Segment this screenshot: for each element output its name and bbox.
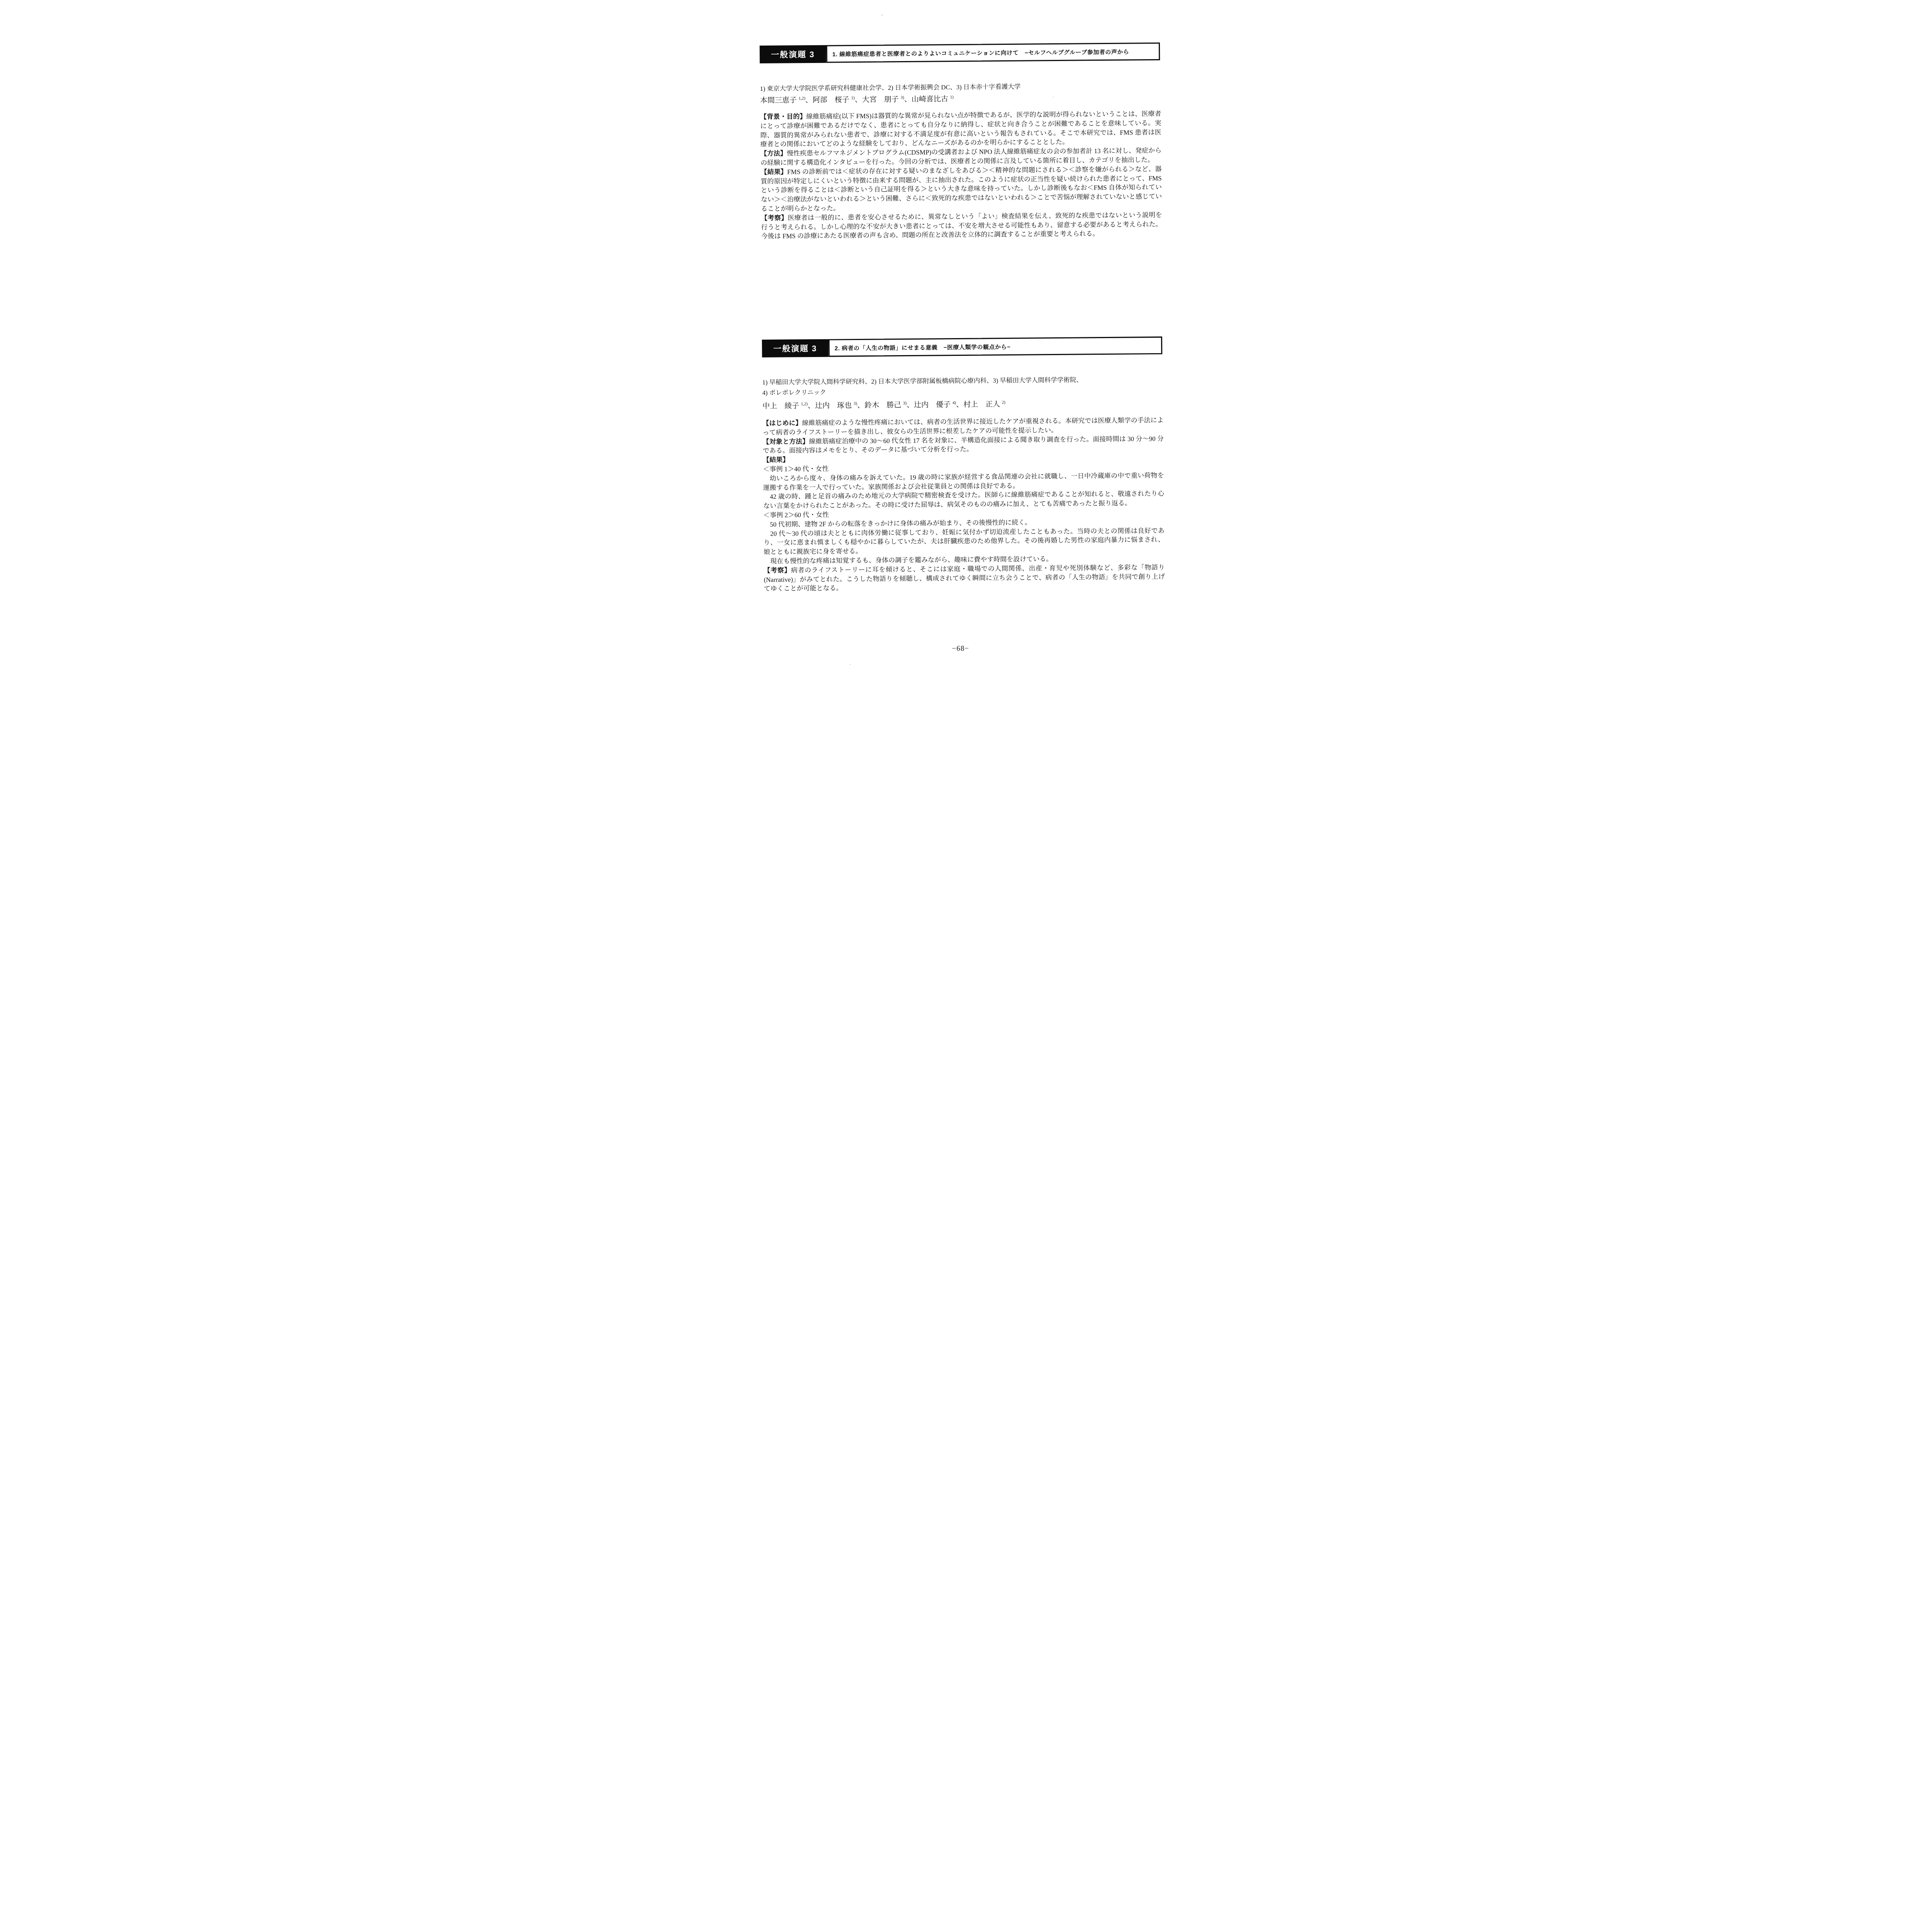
author-superscript: 3)	[853, 401, 857, 406]
author-superscript: 1,2)	[801, 402, 808, 406]
author-superscript: 2)	[1002, 400, 1005, 405]
paragraph-results: 【結果】FMS の診断前では＜症状の存在に対する疑いのまなざしをあびる＞＜精神的…	[760, 165, 1162, 214]
scan-speck	[849, 664, 850, 665]
paragraph-text: 線維筋痛症のような慢性疼痛においては、病者の生活世界に接近したケアが重視される。…	[762, 417, 1163, 436]
section-label: 【考察】	[761, 214, 787, 222]
author-name: 本間三恵子	[760, 96, 799, 105]
paragraph-text: 線維筋痛症治療中の 30〜60 代女性 17 名を対象に、半構造化面接による聞き…	[763, 435, 1164, 454]
paragraph-method: 【方法】慢性疾患セルフマネジメントプログラム(CDSMP)の受講者および NPO…	[760, 146, 1161, 168]
section-label: 【対象と方法】	[762, 438, 809, 446]
author-superscript: 1)	[851, 96, 855, 100]
author-name: 、山崎喜比古	[904, 95, 950, 104]
paragraph-text: ＜事例 2＞60 代・女性	[763, 511, 829, 519]
abstract-1-affiliations: 1) 東京大学大学院医学系研究科健康社会学、2) 日本学術振興会 DC、3) 日…	[760, 80, 1160, 94]
case-1-paragraph-1: 幼いころから度々、身体の痛みを訴えていた。19 歳の時に家族が経営する食品関連の…	[763, 471, 1164, 493]
author-name: 、辻内 優子	[906, 401, 952, 409]
paragraph-text: 50 代初期、建物 2F からの転落をきっかけに身体の痛みが始まり、その後慢性的…	[763, 519, 1031, 528]
scan-speck	[1053, 97, 1054, 97]
paragraph-subjects-methods: 【対象と方法】線維筋痛症治療中の 30〜60 代女性 17 名を対象に、半構造化…	[762, 434, 1163, 456]
session-label-1: 一般演題 3	[760, 45, 826, 63]
section-label: 【背景・目的】	[760, 113, 806, 121]
paragraph-text: 線維筋痛症(以下 FMS)は器質的な異常が見られない点が特徴であるが、医学的な説…	[760, 110, 1161, 148]
paragraph-text: 医療者は一般的に、患者を安心させるために、異常なしという「よい」検査結果を伝え、…	[761, 211, 1162, 240]
case-2-paragraph-2: 20 代〜30 代の頃は夫とともに肉体労働に従事しており、妊娠に気付かず切迫流産…	[763, 526, 1165, 557]
section-label: 【方法】	[760, 150, 787, 158]
paragraph-discussion: 【考察】病者のライフストーリーに耳を傾けると、そこには家庭・職場での人間関係、出…	[763, 563, 1165, 594]
author-name: 、鈴木 勝己	[857, 401, 903, 410]
page-content: 一般演題 3 1. 線維筋痛症患者と医療者とのよりよいコミュニケーションに向けて…	[719, 0, 1198, 678]
abstract-2-authors: 中上 綾子 1,2)、辻内 琢也 3)、鈴木 勝己 3)、辻内 優子 4)、村上…	[762, 398, 1163, 412]
abstract-2-title: 2. 病者の「人生の物語」にせまる意義 −医療人類学の観点から−	[828, 337, 1162, 357]
scanned-abstract-page: 一般演題 3 1. 線維筋痛症患者と医療者とのよりよいコミュニケーションに向けて…	[719, 0, 1198, 678]
section-label: 【はじめに】	[762, 419, 802, 427]
author-name: 、大宮 朋子	[855, 95, 901, 104]
paragraph-text: 病者のライフストーリーに耳を傾けると、そこには家庭・職場での人間関係、出産・育児…	[763, 564, 1165, 593]
author-superscript: 4)	[952, 401, 956, 405]
abstract-2-body: 【はじめに】線維筋痛症のような慢性疼痛においては、病者の生活世界に接近したケアが…	[762, 416, 1165, 594]
paragraph-text: 42 歳の時、踵と足首の痛みのため地元の大学病院で精密検査を受けた。医師らに線維…	[763, 490, 1164, 510]
page-number: −68−	[721, 643, 1198, 655]
abstract-1-authors: 本間三恵子 1,2)、阿部 桜子 1)、大宮 朋子 3)、山崎喜比古 1)	[760, 92, 1160, 107]
session-label-2: 一般演題 3	[762, 339, 828, 357]
paragraph-introduction: 【はじめに】線維筋痛症のような慢性疼痛においては、病者の生活世界に接近したケアが…	[762, 416, 1163, 437]
abstract-1: 一般演題 3 1. 線維筋痛症患者と医療者とのよりよいコミュニケーションに向けて…	[719, 0, 1195, 2]
abstract-2: 一般演題 3 2. 病者の「人生の物語」にせまる意義 −医療人類学の観点から− …	[719, 0, 1195, 2]
author-name: 、阿部 桜子	[805, 96, 851, 104]
paragraph-text: 20 代〜30 代の頃は夫とともに肉体労働に従事しており、妊娠に気付かず切迫流産…	[763, 527, 1164, 556]
paragraph-text: 慢性疾患セルフマネジメントプログラム(CDSMP)の受講者および NPO 法人線…	[760, 147, 1161, 167]
abstract-1-title: 1. 線維筋痛症患者と医療者とのよりよいコミュニケーションに向けて −セルフヘル…	[826, 43, 1160, 63]
paragraph-discussion: 【考察】医療者は一般的に、患者を安心させるために、異常なしという「よい」検査結果…	[761, 211, 1162, 241]
section-label: 【考察】	[763, 566, 791, 574]
paragraph-text: 現在も慢性的な疼痛は知覚するも、身体の調子を鑑みながら、趣味に費やす時間を設けて…	[763, 555, 1052, 565]
author-superscript: 3)	[903, 401, 906, 406]
abstract-1-body: 【背景・目的】線維筋痛症(以下 FMS)は器質的な異常が見られない点が特徴である…	[760, 109, 1162, 241]
author-name: 中上 綾子	[762, 402, 801, 410]
paragraph-text: FMS の診断前では＜症状の存在に対する疑いのまなざしをあびる＞＜精神的な問題に…	[760, 165, 1161, 213]
session-header-2: 一般演題 3 2. 病者の「人生の物語」にせまる意義 −医療人類学の観点から−	[762, 337, 1162, 357]
case-1-paragraph-2: 42 歳の時、踵と足首の痛みのため地元の大学病院で精密検査を受けた。医師らに線維…	[763, 489, 1164, 511]
author-superscript: 3)	[900, 95, 904, 100]
section-label: 【結果】	[763, 456, 789, 464]
paragraph-background-purpose: 【背景・目的】線維筋痛症(以下 FMS)は器質的な異常が見られない点が特徴である…	[760, 109, 1161, 149]
session-header-1: 一般演題 3 1. 線維筋痛症患者と医療者とのよりよいコミュニケーションに向けて…	[760, 43, 1160, 63]
author-name: 、村上 正人	[956, 400, 1002, 409]
section-label: 【結果】	[760, 168, 787, 176]
author-superscript: 1,2)	[798, 96, 805, 101]
paragraph-text: ＜事例 1＞40 代・女性	[763, 465, 828, 473]
scan-speck	[881, 15, 882, 16]
author-name: 、辻内 琢也	[808, 401, 853, 410]
author-superscript: 1)	[950, 95, 953, 100]
paragraph-text: 幼いころから度々、身体の痛みを訴えていた。19 歳の時に家族が経営する食品関連の…	[763, 472, 1164, 492]
